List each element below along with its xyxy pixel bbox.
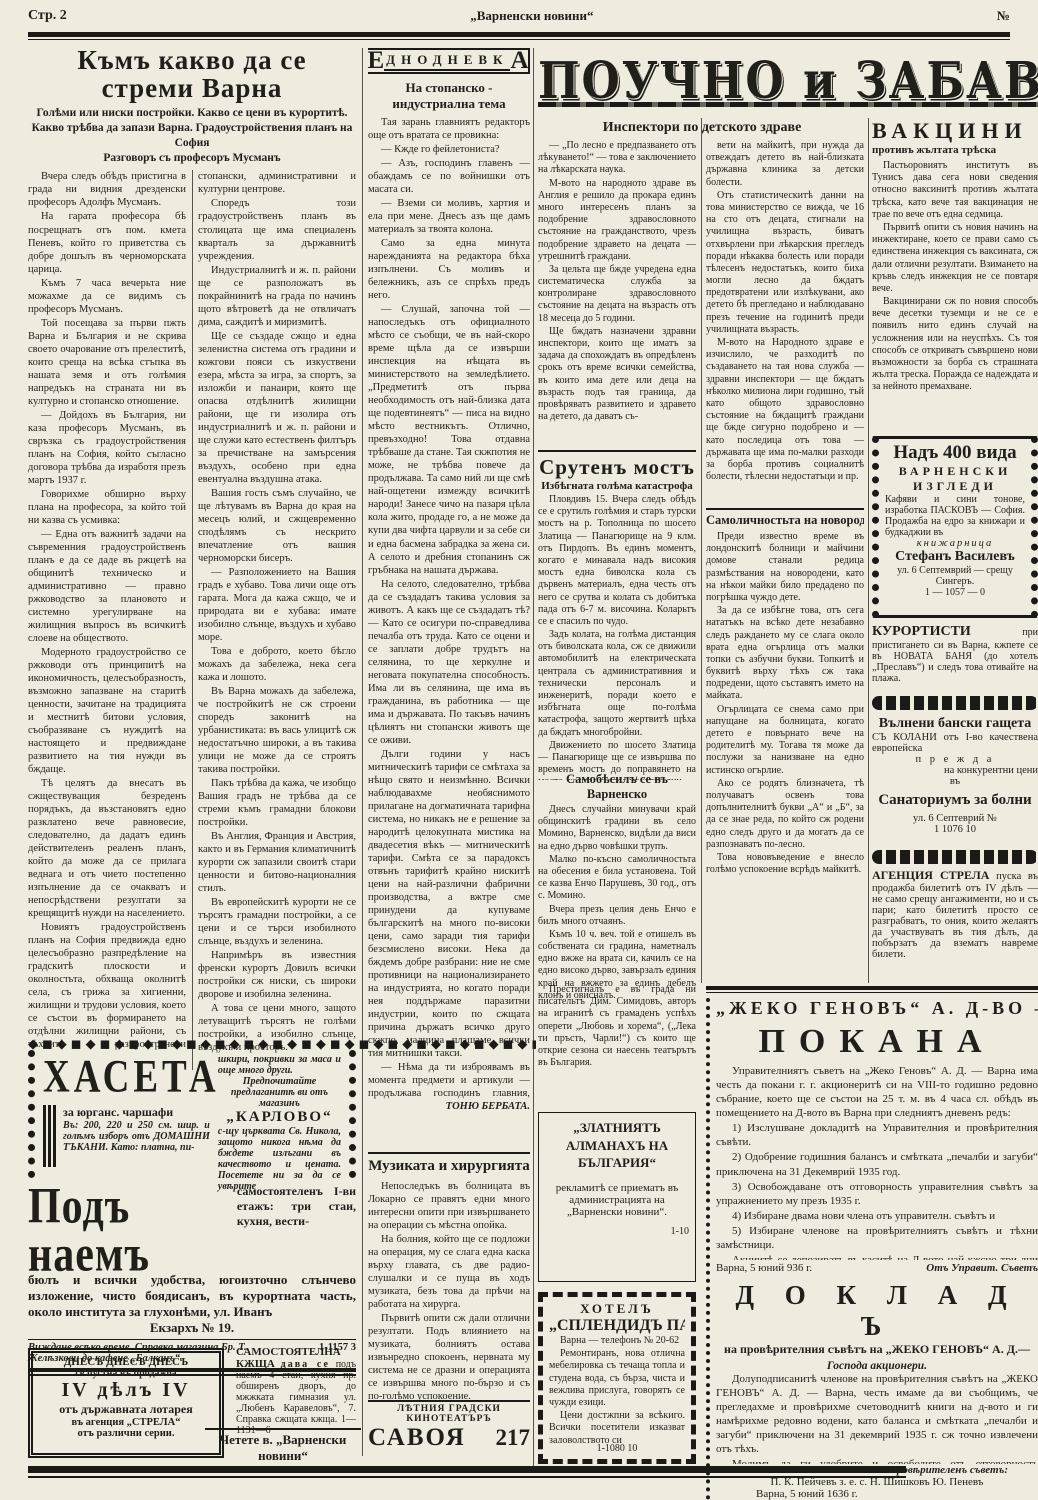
paragraph: — Слушай, започна той — напоследъкъ отъ …: [368, 303, 530, 576]
paragraph: Вчера следъ обѣдъ пристигна в града ни в…: [28, 170, 186, 209]
paragraph: Ако се родятъ близначета, тѣ получаватъ …: [706, 778, 864, 851]
music-body: Непоследъкъ въ болницата въ Локарно се п…: [368, 1180, 530, 1403]
paragraph: За цельта ще бжде учредена една системат…: [538, 264, 696, 325]
savoy-line1: ЛѢТНИЯ ГРАДСКИ КИНОТЕАТЪРЪ: [368, 1404, 530, 1424]
hotel-label: ХОТЕЛЪ: [549, 1301, 685, 1317]
paragraph: — Вземи си моливъ, хартия и ела при мене…: [368, 197, 530, 236]
haseta-right: шкири, покривки за маса и още много друг…: [218, 1054, 341, 1192]
views-addr: ул. 6 Септемврий — срещу Сингеръ.: [885, 565, 1025, 587]
paragraph: Акциитѣ се депозиратъ въ каситѣ на Д-вот…: [716, 1253, 1038, 1260]
bars-ornament: [43, 1105, 57, 1167]
section-rule: [706, 986, 1038, 990]
inspectors-col2: вети на майкитѣ, при нужда да отвеждатъ …: [706, 140, 864, 502]
paragraph: Вашия гость съмъ случайно, че ще лѣтувам…: [198, 487, 356, 565]
newborns-body: Преди известно време въ лондонскитѣ болн…: [706, 531, 864, 979]
paragraph: Това нововъведение е внесло голѣмо успок…: [706, 852, 864, 876]
paragraph: За да се избѣгне това, отъ сега нататъкъ…: [706, 605, 864, 703]
paragraph: Ще се създаде сжщо и една зеленистна сис…: [198, 330, 356, 486]
feuilleton-masthead: Е ДНОДНЕВК А: [368, 48, 530, 74]
views-shop-name: Стефанъ Василевъ: [885, 549, 1025, 565]
paragraph: — Нѣма да ти изброявамъ въ момента предм…: [368, 1061, 530, 1101]
rent-ad-title: Подъ наемъ: [28, 1184, 231, 1280]
feuilleton-body: Тая зарань главниятъ редакторъ още отъ в…: [368, 116, 530, 1101]
header-rule-thin: [28, 39, 1010, 40]
inspectors-col1: — „По лесно е предпазването отъ лѣкуване…: [538, 140, 696, 446]
haseta-shop-name: „КАРЛОВО“: [218, 1109, 341, 1126]
hotel-code: 1-1080 10: [549, 1443, 685, 1454]
strela-ad-text: пуска въ продажба билетитѣ отъ IV дѣлъ —…: [872, 871, 1038, 960]
paragraph: — Кжде го фейлетониста?: [368, 143, 530, 156]
haseta-title: ХАСЕТА: [43, 1054, 210, 1100]
haseta-ad: ХАСЕТА за юрганс. чаршафи Въ: 200, 220 и…: [28, 1050, 356, 1178]
savoy-name: САВОЯ: [368, 1424, 466, 1452]
paragraph: Преди известно време въ лондонскитѣ болн…: [706, 531, 864, 604]
paragraph: — Разположението на Вашия градъ е хубаво…: [198, 566, 356, 644]
paragraph: 3) Освобождаване отъ отговорность управи…: [716, 1180, 1038, 1208]
paragraph: На болния, който ще се подложи на операц…: [368, 1233, 530, 1311]
paragraph: На гарата професора бѣ посрещнатъ отъ по…: [28, 210, 186, 275]
paragraph: Огърлицата се снема само при напущане на…: [706, 704, 864, 777]
views-line3: ИЗГЛЕДИ: [885, 479, 1025, 494]
masthead-letter-first: Е: [367, 51, 384, 71]
paragraph: Той посещава за първи пжть Варна и Бълга…: [28, 317, 186, 408]
paragraph: Варна — телефонъ № 20-62: [549, 1335, 685, 1347]
bridge-article: Срутенъ мостъ Избѣгната голѣма катастроф…: [538, 450, 696, 780]
main-article: Къмъ какво да се стреми Варна Голѣми или…: [28, 46, 356, 1070]
almanac-ad: „ЗЛАТНИЯТЪ АЛМАНАХЪ НА БЪЛГАРИЯ“ реклами…: [538, 1112, 696, 1282]
lottery-line6: отъ различни серии.: [38, 1428, 214, 1439]
feuilleton: Е ДНОДНЕВК А На стопанско - индустриална…: [368, 48, 530, 1112]
arrived-text: Престигналъ е въ града ни писательтъ Дим…: [538, 984, 696, 1069]
ornament-divider: [872, 696, 1038, 710]
views-text: Кафяви и сини тонове, изработка ПАСКОВЪ …: [885, 494, 1025, 538]
paragraph: Модерното градоустройство се ржководи от…: [28, 646, 186, 776]
sanatorium-code: 1 1076 10: [872, 824, 1038, 835]
almanac-code: 1-10: [545, 1226, 689, 1237]
paragraph: — Една отъ важнитѣ задачи на съвременния…: [28, 528, 186, 645]
newborns-article: Самоличностьта на новороденитѣ Преди изв…: [706, 508, 864, 979]
inspectors-headline: Инспектори по детското здраве: [538, 120, 866, 136]
haseta-right-line2: Предпочитайте предлаганитѣ ви отъ магази…: [218, 1076, 341, 1109]
paragraph: Цени достжпни за всѣкиго. Всички посетит…: [549, 1410, 685, 1443]
pokana-body: Управителниятъ съветъ на „Жеко Геновъ“ А…: [716, 1064, 1038, 1260]
savoy-phone: 217: [496, 1425, 531, 1451]
pokana-title: ПОКАНА: [716, 1023, 1038, 1061]
lottery-line3: IV дѣлъ IV: [38, 1379, 214, 1402]
doklad-salutation: Господа акционери.: [716, 1360, 1038, 1372]
paragraph: 1) Изслушване докладитѣ на Управителния …: [716, 1121, 1038, 1149]
almanac-text: рекламитѣ се приематъ въ администрацията…: [545, 1182, 689, 1218]
feuilleton-signature: ТОНЮ БЕРБАТА.: [368, 1101, 530, 1112]
column-rule: [868, 118, 869, 983]
haseta-right-line3: с-щу църквата Св. Никола, защото никога …: [218, 1126, 341, 1192]
doklad-title: Д О К Л А Д Ъ: [716, 1280, 1038, 1342]
trunks-text3: на конкурентни цени: [872, 765, 1038, 776]
paragraph: 4) Избиране двама нови члена отъ управит…: [716, 1209, 1038, 1223]
paragraph: вети на майкитѣ, при нужда да отвеждатъ …: [706, 140, 864, 189]
read-us-banner: Четете в. „Варненски новини“: [205, 1428, 361, 1468]
geko-banner: „ЖЕКО ГЕНОВЪ“ А. Д-ВО — ВАРНА: [716, 998, 1038, 1019]
haseta-left-line1: за юрганс. чаршафи: [63, 1105, 210, 1120]
doklad-date: Варна, 5 юний 1636 г.: [716, 1488, 1038, 1500]
paragraph: М-вото на Народното здраве е изчислило, …: [706, 337, 864, 483]
newspaper-page: Стр. 2 „Варненски новини“ № Къмъ какво д…: [0, 0, 1038, 1500]
vaccines-body: Пастьоровиятъ институтъ въ Тунисъ дава с…: [872, 160, 1038, 432]
music-headline: Музиката и хирургията: [368, 1152, 530, 1175]
paragraph: Говорихме обширно върху плана на професо…: [28, 488, 186, 527]
paragraph: — „По лесно е предпазването отъ лѣкуване…: [538, 140, 696, 177]
pokana-signed: Отъ Управит. Съветъ: [926, 1262, 1038, 1274]
views-text2: книжарница: [885, 538, 1025, 549]
lottery-line4: отъ държавната лотарея: [38, 1402, 214, 1417]
masthead: „Варненски новини“: [470, 8, 593, 24]
paragraph: Дълги години у насъ митническитѣ тарифи …: [368, 748, 530, 1060]
house-ad-lead2: дава се: [281, 1359, 330, 1370]
paragraph: Къмъ 7 часа вечерьта ние можахме да се в…: [28, 277, 186, 316]
paragraph: Ще бждатъ назначени здравни инспектори, …: [538, 326, 696, 424]
vaccines-headline: ВАКЦИНИ: [872, 118, 1038, 144]
paragraph: Управителниятъ съветъ на „Жеко Геновъ“ А…: [716, 1064, 1038, 1120]
paragraph: Само за една минута нарежданията на реда…: [368, 237, 530, 302]
sanatorium-ad: Санаториумъ за болни ул. 6 Септеврий № 1…: [872, 792, 1038, 835]
column-rule: [362, 48, 363, 1456]
views-code: 1 — 1057 — 0: [885, 587, 1025, 598]
paragraph: Долуподписанитѣ членове на провѣрителния…: [716, 1372, 1038, 1456]
paragraph: Напримѣръ въ известния френски курортъ Д…: [198, 949, 356, 1001]
paragraph: М-вото на народното здраве въ Англия е р…: [538, 178, 696, 263]
main-article-body: Вчера следъ обѣдъ пристигна в града ни в…: [28, 170, 356, 1070]
paragraph: Задъ колата, на голѣма дистанция отъ бив…: [538, 629, 696, 739]
paragraph: Тѣ целятъ да внесатъ въ сжществуващия бе…: [28, 777, 186, 920]
trunks-text: СЪ КОЛАНИ отъ I-во качествена европейска: [872, 732, 1038, 754]
paragraph: Първитѣ опити съ новия начинъ на инжекти…: [872, 222, 1038, 295]
strela-ad: АГЕНЦИЯ СТРЕЛА пуска въ продажба билетит…: [872, 868, 1038, 980]
haseta-left-line2: Въ: 200, 220 и 250 см. шир. и голѣмъ изб…: [63, 1120, 210, 1153]
resort-ad: КУРОРТИСТИ при пристигането си въ Варна,…: [872, 624, 1038, 684]
trunks-text2: п р е ж д а: [872, 754, 1038, 765]
doklad-body: Долуподписанитѣ членове на провѣрителния…: [716, 1372, 1038, 1464]
paragraph: На селото, следователно, трѣбва да се съ…: [368, 578, 530, 747]
main-headline: Къмъ какво да се стреми Варна: [28, 46, 356, 103]
council-names: П. К. Пейчевъ з. е. с. Н. Шишковъ Ю. Пен…: [716, 1476, 1038, 1488]
music-article: Музиката и хирургията Непоследъкъ въ бол…: [368, 1152, 530, 1404]
masthead-letters-mid: ДНОДНЕВК: [384, 52, 510, 71]
council-label: Провѣрителенъ съветъ:: [716, 1464, 1038, 1476]
paragraph: — Дойдохъ въ България, ни каза професоръ…: [28, 409, 186, 487]
paragraph: Пакъ трѣбва да кажа, че изобщо Вашия гра…: [198, 777, 356, 829]
hotel-body: Варна — телефонъ № 20-62Ремонтиранъ, нов…: [549, 1335, 685, 1443]
vaccines-subhead: противъ жълтата трѣска: [872, 144, 1038, 156]
trunks-ad: Вълнени бански гащета СЪ КОЛАНИ отъ I-во…: [872, 716, 1038, 787]
banner-underline: [538, 102, 1038, 107]
paragraph: Тая зарань главниятъ редакторъ още отъ в…: [368, 116, 530, 142]
paragraph: 2) Одобрение годишния балансъ и смѣтката…: [716, 1150, 1038, 1178]
trunks-headline: Вълнени бански гащета: [872, 716, 1038, 732]
bridge-headline: Срутенъ мостъ: [538, 450, 696, 480]
column-rule: [701, 118, 702, 983]
rent-ad-side: самостоятеленъ I-ви етажъ: три стаи, кух…: [237, 1184, 356, 1229]
arrived-note: Престигналъ е въ града ни писательтъ Дим…: [538, 984, 696, 1104]
page-number: Стр. 2: [28, 8, 67, 24]
haseta-right-line1: шкири, покривки за маса и още много друг…: [218, 1054, 341, 1076]
paragraph: Ремонтиранъ, нова отлична мебелировка съ…: [549, 1348, 685, 1409]
hanged-body: Днесъ случайни минувачи край общинскитѣ …: [538, 804, 696, 1002]
pokana-date: Варна, 5 юний 936 г.: [716, 1262, 812, 1274]
paragraph: Въ европейскитѣ курорти не се търсятъ гр…: [198, 896, 356, 948]
strela-ad-lead: АГЕНЦИЯ СТРЕЛА: [872, 868, 989, 882]
paragraph: — Азъ, господинъ главенъ — обаждамъ се п…: [368, 157, 530, 196]
newborns-headline: Самоличностьта на новороденитѣ: [706, 508, 864, 528]
paragraph: Това е доброто, което бѣгло можахъ да за…: [198, 645, 356, 684]
paragraph: Отъ статистическитѣ данни на това минист…: [706, 190, 864, 336]
trunks-text4: въ: [872, 776, 1038, 787]
masthead-letter-last: А: [510, 51, 528, 71]
sanatorium-headline: Санаториумъ за болни: [872, 792, 1038, 809]
vaccines-article: ВАКЦИНИ противъ жълтата трѣска Пастьоров…: [872, 118, 1038, 432]
column-rule: [533, 48, 534, 1468]
resort-ad-lead: КУРОРТИСТИ: [872, 624, 971, 639]
paragraph: 5) Избиране членове на провѣрителниятъ с…: [716, 1224, 1038, 1252]
section-rule-thin: [706, 992, 1038, 993]
doklad-subtitle: на провѣрителния съвѣтъ на „ЖЕКО ГЕНОВЪ“…: [716, 1342, 1038, 1357]
page-header: Стр. 2 „Варненски новини“ №: [28, 8, 1010, 24]
paragraph: Въ Варна можахъ да забележа, че постройк…: [198, 685, 356, 776]
views-line2: ВАРНЕНСКИ: [885, 464, 1025, 479]
hotel-ad: ХОТЕЛЪ „СПЛЕНДИДЪ ПАЛАСЪ“ Варна — телефо…: [538, 1292, 696, 1464]
paragraph: Индустриалнитѣ и ж. п. райони ще се разп…: [198, 264, 356, 329]
feuilleton-title: На стопанско - индустриална тема: [368, 80, 530, 112]
main-subhead-2: Разговоръ съ професоръ Мусманъ: [28, 151, 356, 166]
bridge-body: Пловдивъ 15. Вчера следъ обѣдъ се е срут…: [538, 494, 696, 780]
paragraph: Вакцинирани сж по новия способъ вече дес…: [872, 296, 1038, 394]
ornament-divider: [872, 850, 1038, 864]
paragraph: Днесъ случайни минувачи край общинскитѣ …: [538, 804, 696, 853]
issue-number: №: [997, 8, 1010, 24]
savoy-ad: ЛѢТНИЯ ГРАДСКИ КИНОТЕАТЪРЪ САВОЯ 217: [368, 1400, 530, 1452]
paragraph: Вчера презъ целия день Енчо е билъ много…: [538, 904, 696, 928]
hanged-headline: Самобѣсилъ се въ Варненско: [538, 772, 696, 802]
views-line1: Надъ 400 вида: [885, 442, 1025, 464]
main-subhead: Голѣми или ниски постройки. Какво се цен…: [28, 106, 356, 151]
house-ad: САМОСТОЯТЕЛНА КЖЩА дава се подъ наемъ 4 …: [236, 1346, 356, 1436]
paragraph: Споредъ този градоустройственъ планъ въ …: [198, 197, 356, 262]
paragraph: Малко по-късно самоличностьта на обесени…: [538, 854, 696, 903]
lottery-line2: се пустна въ продажба: [38, 1368, 214, 1379]
sanatorium-addr: ул. 6 Септеврий №: [872, 813, 1038, 824]
paragraph: Пловдивъ 15. Вчера следъ обѣдъ се е срут…: [538, 494, 696, 628]
haseta-left: ХАСЕТА за юрганс. чаршафи Въ: 200, 220 и…: [43, 1054, 210, 1192]
hanged-article: Самобѣсилъ се въ Варненско Днесъ случайн…: [538, 772, 696, 1002]
lottery-ad: ДНЕСЪ ДНЕСЪ ДНЕСЪ се пустна въ продажба …: [28, 1348, 224, 1458]
header-rule: [28, 32, 1010, 37]
views-ad: Надъ 400 вида ВАРНЕНСКИ ИЗГЛЕДИ Кафяви и…: [872, 436, 1038, 618]
paragraph: Непоследъкъ въ болницата въ Локарно се п…: [368, 1180, 530, 1232]
lottery-line5: въ агенция „СТРЕЛА“: [38, 1417, 214, 1428]
lottery-line1: ДНЕСЪ ДНЕСЪ ДНЕСЪ: [38, 1356, 214, 1368]
paragraph: Въ Англия, Франция и Австрия, както и въ…: [198, 830, 356, 895]
rent-ad-body2: Екзархъ № 19.: [28, 1320, 356, 1336]
section-banner: ПОУЧНО и ЗАБАВНО ЧЕТИВО: [538, 52, 1038, 114]
paragraph: Първитѣ опити сж дали отлични резултати.…: [368, 1312, 530, 1403]
paragraph: Пастьоровиятъ институтъ въ Тунисъ дава с…: [872, 160, 1038, 221]
almanac-title: „ЗЛАТНИЯТЪ АЛМАНАХЪ НА БЪЛГАРИЯ“: [545, 1119, 689, 1172]
hotel-name: „СПЛЕНДИДЪ ПАЛАСЪ“: [549, 1317, 685, 1335]
bridge-subhead: Избѣгната голѣма катастрофа: [538, 480, 696, 492]
geko-section: „ЖЕКО ГЕНОВЪ“ А. Д-ВО — ВАРНА ПОКАНА Упр…: [706, 998, 1038, 1500]
